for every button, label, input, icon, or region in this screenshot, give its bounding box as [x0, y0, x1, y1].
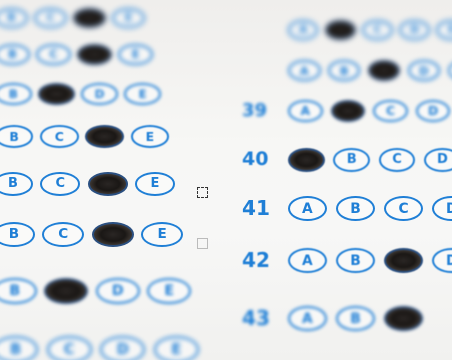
- answer-bubble-b[interactable]: B: [331, 100, 366, 122]
- question-number: 42: [242, 248, 270, 272]
- answer-bubble-d[interactable]: D: [416, 100, 451, 122]
- timing-mark: [197, 238, 208, 249]
- answer-bubble-e[interactable]: E: [154, 336, 199, 360]
- answer-bubble-a[interactable]: A: [288, 148, 325, 172]
- answer-bubble-d[interactable]: D: [432, 196, 452, 221]
- timing-mark: [197, 187, 208, 198]
- left-answer-row: BCDE: [0, 278, 452, 308]
- right-answer-row: ABCDE: [0, 60, 452, 90]
- answer-bubble-b[interactable]: B: [328, 60, 361, 81]
- answer-bubble-c[interactable]: C: [47, 336, 92, 360]
- answer-bubble-a[interactable]: A: [288, 196, 327, 221]
- right-answer-row: 42ABCD: [0, 248, 452, 278]
- right-answer-row: 39ABCD: [0, 100, 452, 130]
- answer-bubble-b[interactable]: B: [0, 278, 37, 304]
- answer-bubble-c[interactable]: C: [362, 20, 392, 40]
- answer-bubble-e[interactable]: E: [147, 278, 191, 304]
- answer-bubble-c[interactable]: C: [44, 278, 88, 304]
- answer-bubble-d[interactable]: D: [408, 60, 441, 81]
- answer-bubble-a[interactable]: A: [288, 60, 321, 81]
- answer-bubble-b[interactable]: B: [336, 196, 375, 221]
- answer-bubble-b[interactable]: B: [325, 20, 355, 40]
- answer-bubble-c[interactable]: C: [379, 148, 416, 172]
- answer-bubble-d[interactable]: D: [424, 148, 452, 172]
- right-answer-row: 43ABC: [0, 306, 452, 336]
- answer-bubble-a[interactable]: A: [288, 20, 318, 40]
- answer-bubble-c[interactable]: C: [384, 196, 423, 221]
- answer-bubble-d[interactable]: D: [96, 278, 140, 304]
- answer-bubble-b[interactable]: B: [336, 248, 375, 273]
- right-answer-row: 41ABCD: [0, 196, 452, 226]
- question-number: 39: [242, 100, 267, 121]
- right-answer-row: ABCDE: [0, 20, 452, 50]
- answer-bubble-a[interactable]: A: [288, 306, 327, 331]
- answer-bubble-d[interactable]: D: [100, 336, 145, 360]
- answer-bubble-a[interactable]: A: [288, 248, 327, 273]
- left-answer-row: BCDE: [0, 336, 452, 360]
- answer-bubble-c[interactable]: C: [384, 248, 423, 273]
- answer-bubble-b[interactable]: B: [336, 306, 375, 331]
- answer-bubble-c[interactable]: C: [368, 60, 401, 81]
- question-number: 40: [242, 148, 268, 170]
- right-answer-row: 40ABCD: [0, 148, 452, 178]
- answer-bubble-d[interactable]: D: [432, 248, 452, 273]
- answer-bubble-c[interactable]: C: [384, 306, 423, 331]
- answer-bubble-e[interactable]: E: [448, 60, 452, 81]
- answer-bubble-c[interactable]: C: [373, 100, 408, 122]
- answer-bubble-a[interactable]: A: [288, 100, 323, 122]
- answer-bubble-e[interactable]: E: [436, 20, 452, 40]
- answer-bubble-b[interactable]: B: [333, 148, 370, 172]
- question-number: 43: [242, 306, 270, 330]
- answer-bubble-d[interactable]: D: [399, 20, 429, 40]
- question-number: 41: [242, 196, 270, 220]
- answer-bubble-b[interactable]: B: [0, 336, 38, 360]
